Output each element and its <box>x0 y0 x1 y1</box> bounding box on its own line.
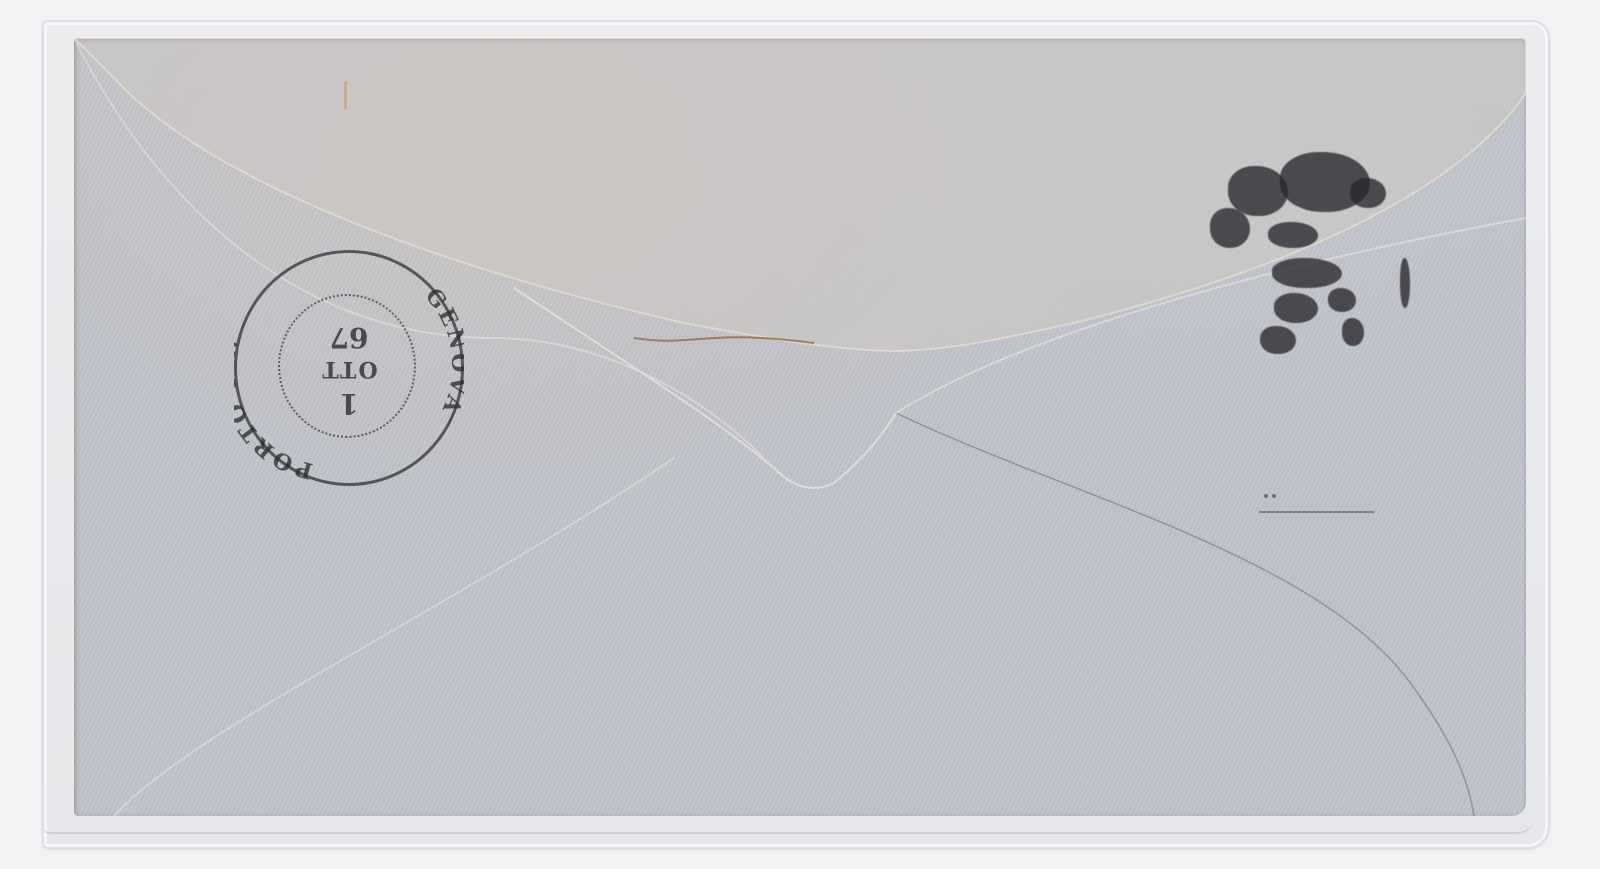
sleeve-bottom-edge <box>44 818 1534 834</box>
genova-postmark: GENOVA PORTO FR. 1 OTT 67 <box>234 250 464 486</box>
postmark-year: 67 <box>234 321 464 354</box>
grill-cancellation <box>1200 138 1430 358</box>
postmark-day: 1 <box>234 387 464 420</box>
postmark-month: OTT <box>234 356 464 382</box>
